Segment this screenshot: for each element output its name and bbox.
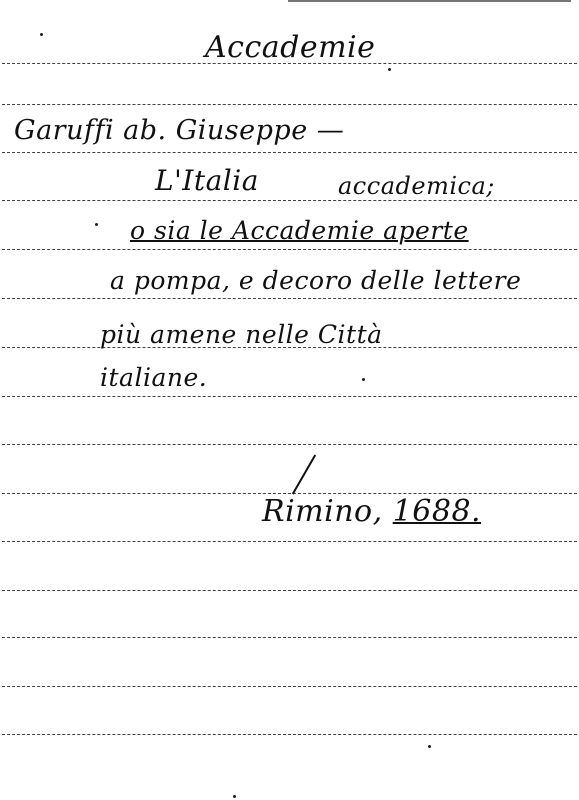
imprint-year: 1688. (393, 494, 481, 529)
ruled-line (2, 734, 577, 735)
author-entry: Garuffi ab. Giuseppe — (14, 115, 344, 146)
ruled-line (2, 396, 577, 397)
ink-speck (428, 745, 431, 748)
ruled-line (2, 249, 577, 250)
ruled-line (2, 590, 577, 591)
ruled-line (2, 152, 577, 153)
title-line-1a: L'Italia (155, 164, 259, 197)
card-top-edge (288, 0, 571, 2)
ruled-line (2, 541, 577, 542)
ink-speck (95, 223, 98, 226)
title-line-1b: accademica; (338, 172, 495, 200)
ink-speck (362, 378, 365, 381)
ink-speck (388, 68, 391, 71)
title-line-5: italiane. (100, 363, 207, 392)
imprint: Rimino, 1688. (262, 494, 481, 529)
ruled-line (2, 298, 577, 299)
title-line-2: o sia le Accademie aperte (130, 216, 469, 245)
ruled-line (2, 637, 577, 638)
ruled-line (2, 104, 577, 105)
subject-heading: Accademie (205, 30, 375, 65)
catalog-card: Accademie Garuffi ab. Giuseppe — L'Itali… (0, 0, 579, 800)
ruled-line (2, 200, 577, 201)
ruled-line (2, 686, 577, 687)
ink-speck (40, 33, 43, 36)
pen-stroke (292, 455, 316, 495)
title-line-3: a pompa, e decoro delle lettere (110, 266, 521, 295)
ruled-line (2, 444, 577, 445)
ink-speck (233, 795, 236, 798)
imprint-place: Rimino, (262, 494, 383, 529)
title-line-4: più amene nelle Città (100, 320, 383, 349)
